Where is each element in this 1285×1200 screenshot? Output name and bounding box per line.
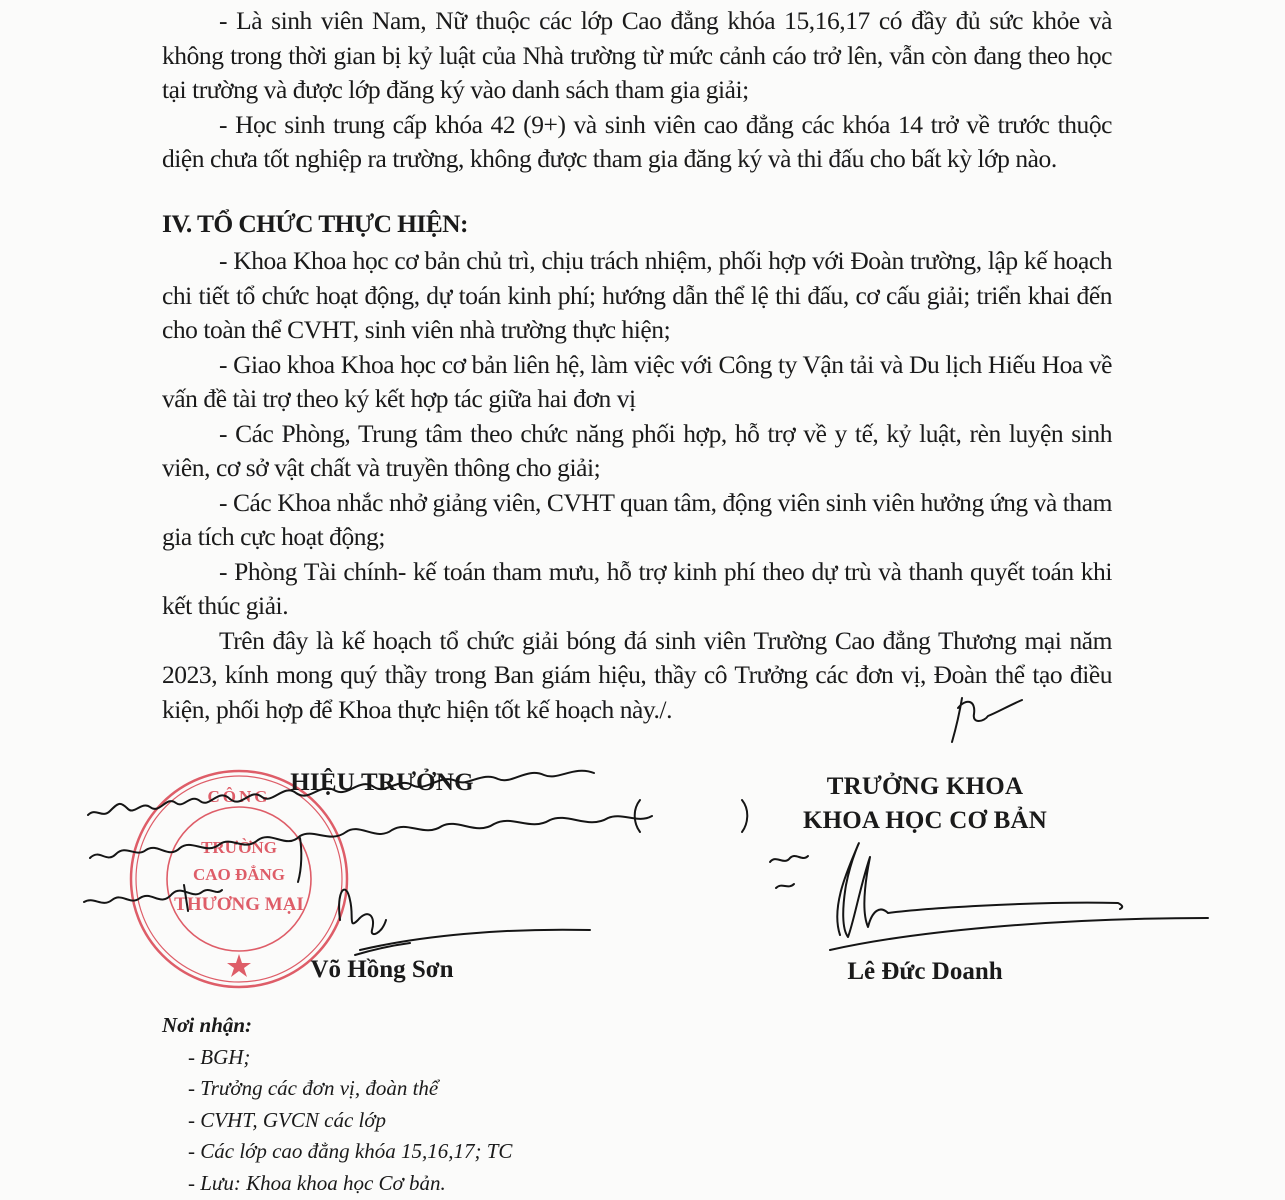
document-page: - Là sinh viên Nam, Nữ thuộc các lớp Cao… xyxy=(0,0,1285,1200)
dean-title: TRƯỞNG KHOA KHOA HỌC CƠ BẢN xyxy=(780,770,1070,838)
list-item: - Lưu: Khoa khoa học Cơ bản. xyxy=(188,1168,512,1200)
list-item: - BGH; xyxy=(188,1042,512,1074)
dean-name: Lê Đức Doanh xyxy=(780,958,1070,986)
dean-title-line: TRƯỞNG KHOA xyxy=(780,770,1070,804)
implementation-section: - Khoa Khoa học cơ bản chủ trì, chịu trá… xyxy=(162,244,1112,727)
list-item: - Trưởng các đơn vị, đoàn thể xyxy=(188,1073,512,1105)
implementation-paragraph: - Các Phòng, Trung tâm theo chức năng ph… xyxy=(162,417,1112,486)
implementation-paragraph: - Phòng Tài chính- kế toán tham mưu, hỗ … xyxy=(162,555,1112,624)
svg-text:TRƯỜNG: TRƯỜNG xyxy=(201,838,277,857)
recipients-title: Nơi nhận: xyxy=(162,1010,512,1042)
recipients-list: - BGH; - Trưởng các đơn vị, đoàn thể - C… xyxy=(162,1042,512,1200)
svg-text:CAO ĐẲNG: CAO ĐẲNG xyxy=(193,865,285,884)
eligibility-paragraph: - Là sinh viên Nam, Nữ thuộc các lớp Cao… xyxy=(162,4,1112,108)
closing-paragraph: Trên đây là kế hoạch tổ chức giải bóng đ… xyxy=(162,624,1112,728)
eligibility-section: - Là sinh viên Nam, Nữ thuộc các lớp Cao… xyxy=(162,4,1112,177)
recipients-block: Nơi nhận: - BGH; - Trưởng các đơn vị, đo… xyxy=(162,1010,512,1199)
svg-text:THƯƠNG MẠI: THƯƠNG MẠI xyxy=(174,894,304,915)
implementation-paragraph: - Khoa Khoa học cơ bản chủ trì, chịu trá… xyxy=(162,244,1112,348)
list-item: - Các lớp cao đẳng khóa 15,16,17; TC xyxy=(188,1136,512,1168)
implementation-paragraph: - Các Khoa nhắc nhở giảng viên, CVHT qua… xyxy=(162,486,1112,555)
section-heading: IV. TỔ CHỨC THỰC HIỆN: xyxy=(162,207,468,241)
principal-name: Võ Hồng Sơn xyxy=(262,956,502,984)
list-item: - CVHT, GVCN các lớp xyxy=(188,1105,512,1137)
eligibility-paragraph: - Học sinh trung cấp khóa 42 (9+) và sin… xyxy=(162,108,1112,177)
principal-title: HIỆU TRƯỞNG xyxy=(262,766,502,800)
implementation-paragraph: - Giao khoa Khoa học cơ bản liên hệ, làm… xyxy=(162,348,1112,417)
dean-department-line: KHOA HỌC CƠ BẢN xyxy=(780,804,1070,838)
